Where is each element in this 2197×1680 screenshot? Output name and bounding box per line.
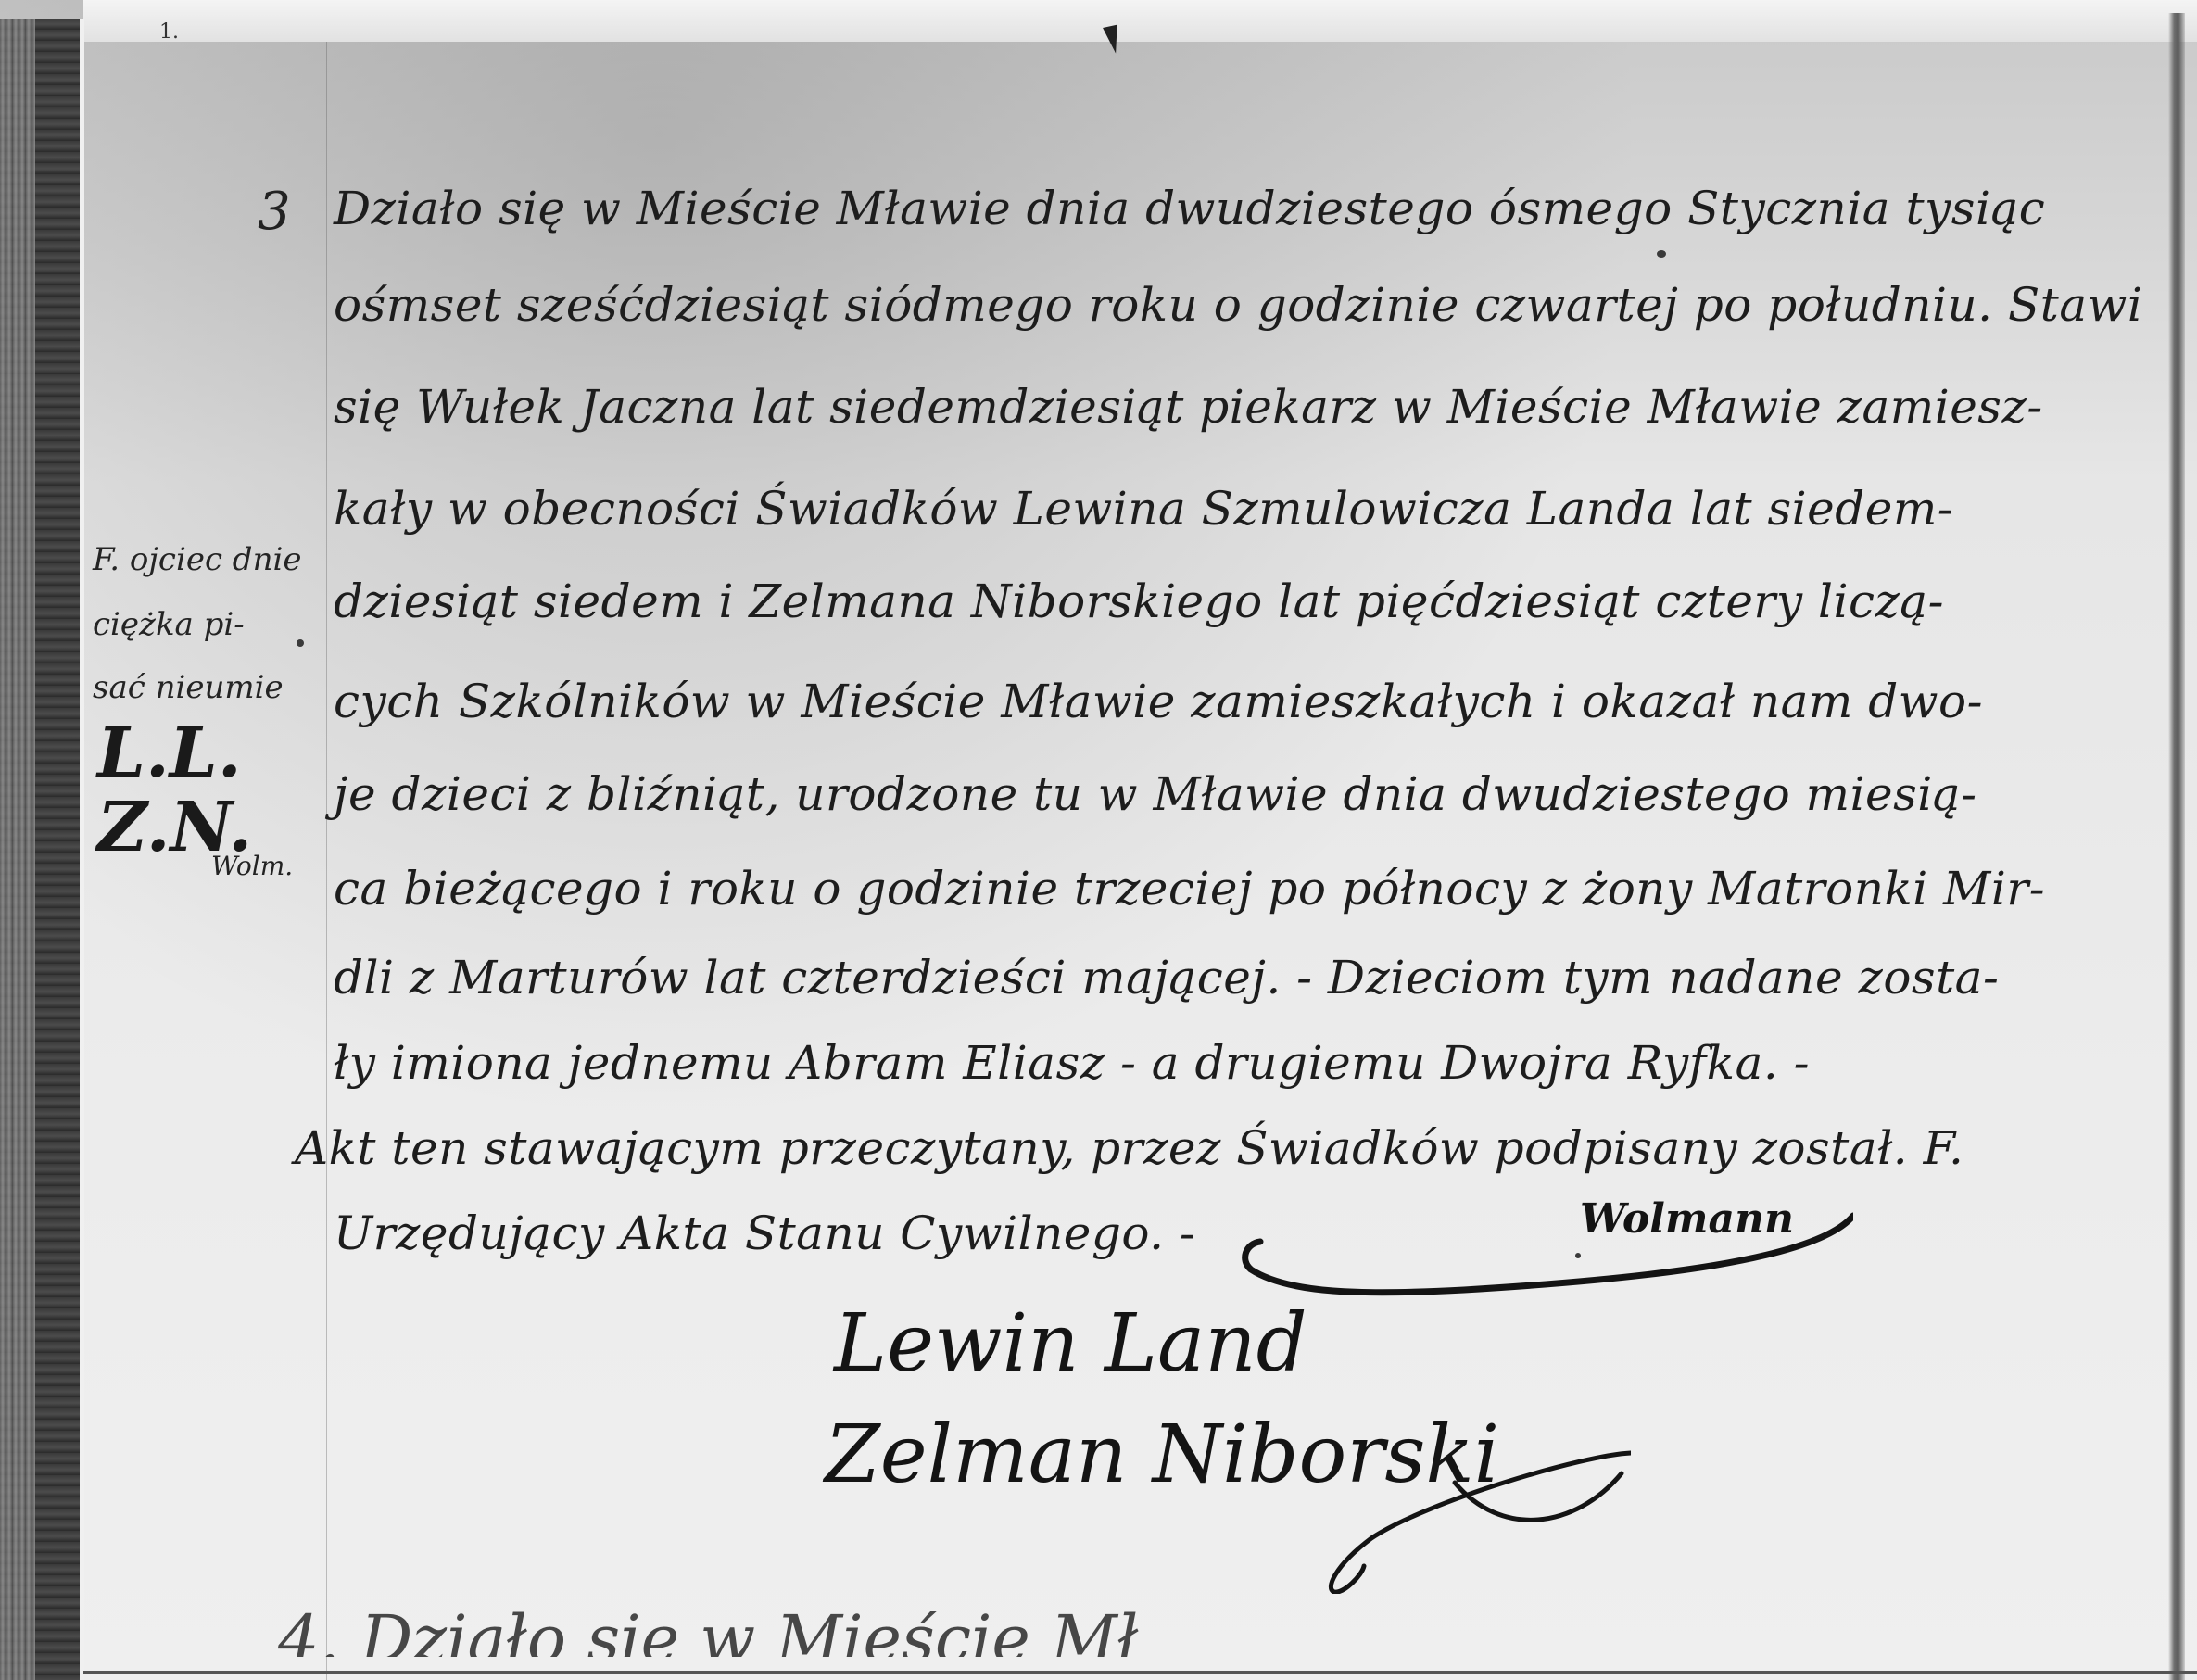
record-line: się Wułek Jaczna lat siedemdziesiąt piek… [334, 380, 2043, 434]
margin-note-line: ciężka pi- [93, 606, 245, 643]
record-line: ośmset sześćdziesiąt siódmego roku o god… [334, 278, 2142, 332]
scanned-page: 1. 3 Działo się w Mieście Mławie dnia dw… [0, 0, 2197, 1680]
right-edge-shadow [2168, 13, 2185, 1680]
margin-signature: Wolm. [211, 851, 293, 881]
next-entry-text: Działo się w Mieście Mł [360, 1601, 1138, 1677]
left-margin-rule [326, 42, 327, 1680]
bottom-rule [83, 1671, 2197, 1674]
record-line: ca bieżącego i roku o godzinie trzeciej … [334, 862, 2045, 916]
binding-edge [80, 19, 84, 1680]
witness-signature-1: Lewin Land [834, 1297, 1307, 1390]
record-line: kały w obecności Świadków Lewina Szmulow… [334, 482, 1953, 536]
next-entry-number: 4. [278, 1601, 340, 1677]
margin-initials-1: L.L. [97, 714, 242, 793]
page-top-edge [83, 0, 2197, 42]
record-line: dziesiąt siedem i Zelmana Niborskiego la… [334, 575, 1944, 628]
record-line: je dzieci z bliźniąt, urodzone tu w Mław… [334, 767, 1977, 821]
record-line: Akt ten stawającym przeczytany, przez Św… [295, 1121, 1963, 1175]
record-line: ły imiona jednemu Abram Eliasz - a drugi… [334, 1036, 1810, 1090]
record-line: dli z Marturów lat czterdzieści mającej.… [334, 951, 1999, 1004]
ink-speck [1657, 250, 1666, 258]
entry-number: 3 [258, 182, 291, 242]
next-entry-partial: 4. Działo się w Mieście Mł [278, 1601, 1138, 1677]
record-line: cych Szkólników w Mieście Mławie zamiesz… [334, 675, 1983, 728]
record-line: Urzędujący Akta Stanu Cywilnego. - [334, 1206, 1195, 1260]
margin-note-line: F. ojciec dnie [93, 541, 301, 578]
top-corner-mark: 1. [159, 20, 179, 44]
ink-speck [1575, 1253, 1581, 1258]
binding-cloth-strip [0, 19, 35, 1680]
ink-speck [297, 639, 304, 647]
margin-note-line: sać nieumie [93, 669, 284, 706]
signature-flourish [1223, 1205, 1853, 1316]
witness-flourish [1149, 1427, 1631, 1594]
record-line: Działo się w Mieście Mławie dnia dwudzie… [334, 182, 2045, 235]
